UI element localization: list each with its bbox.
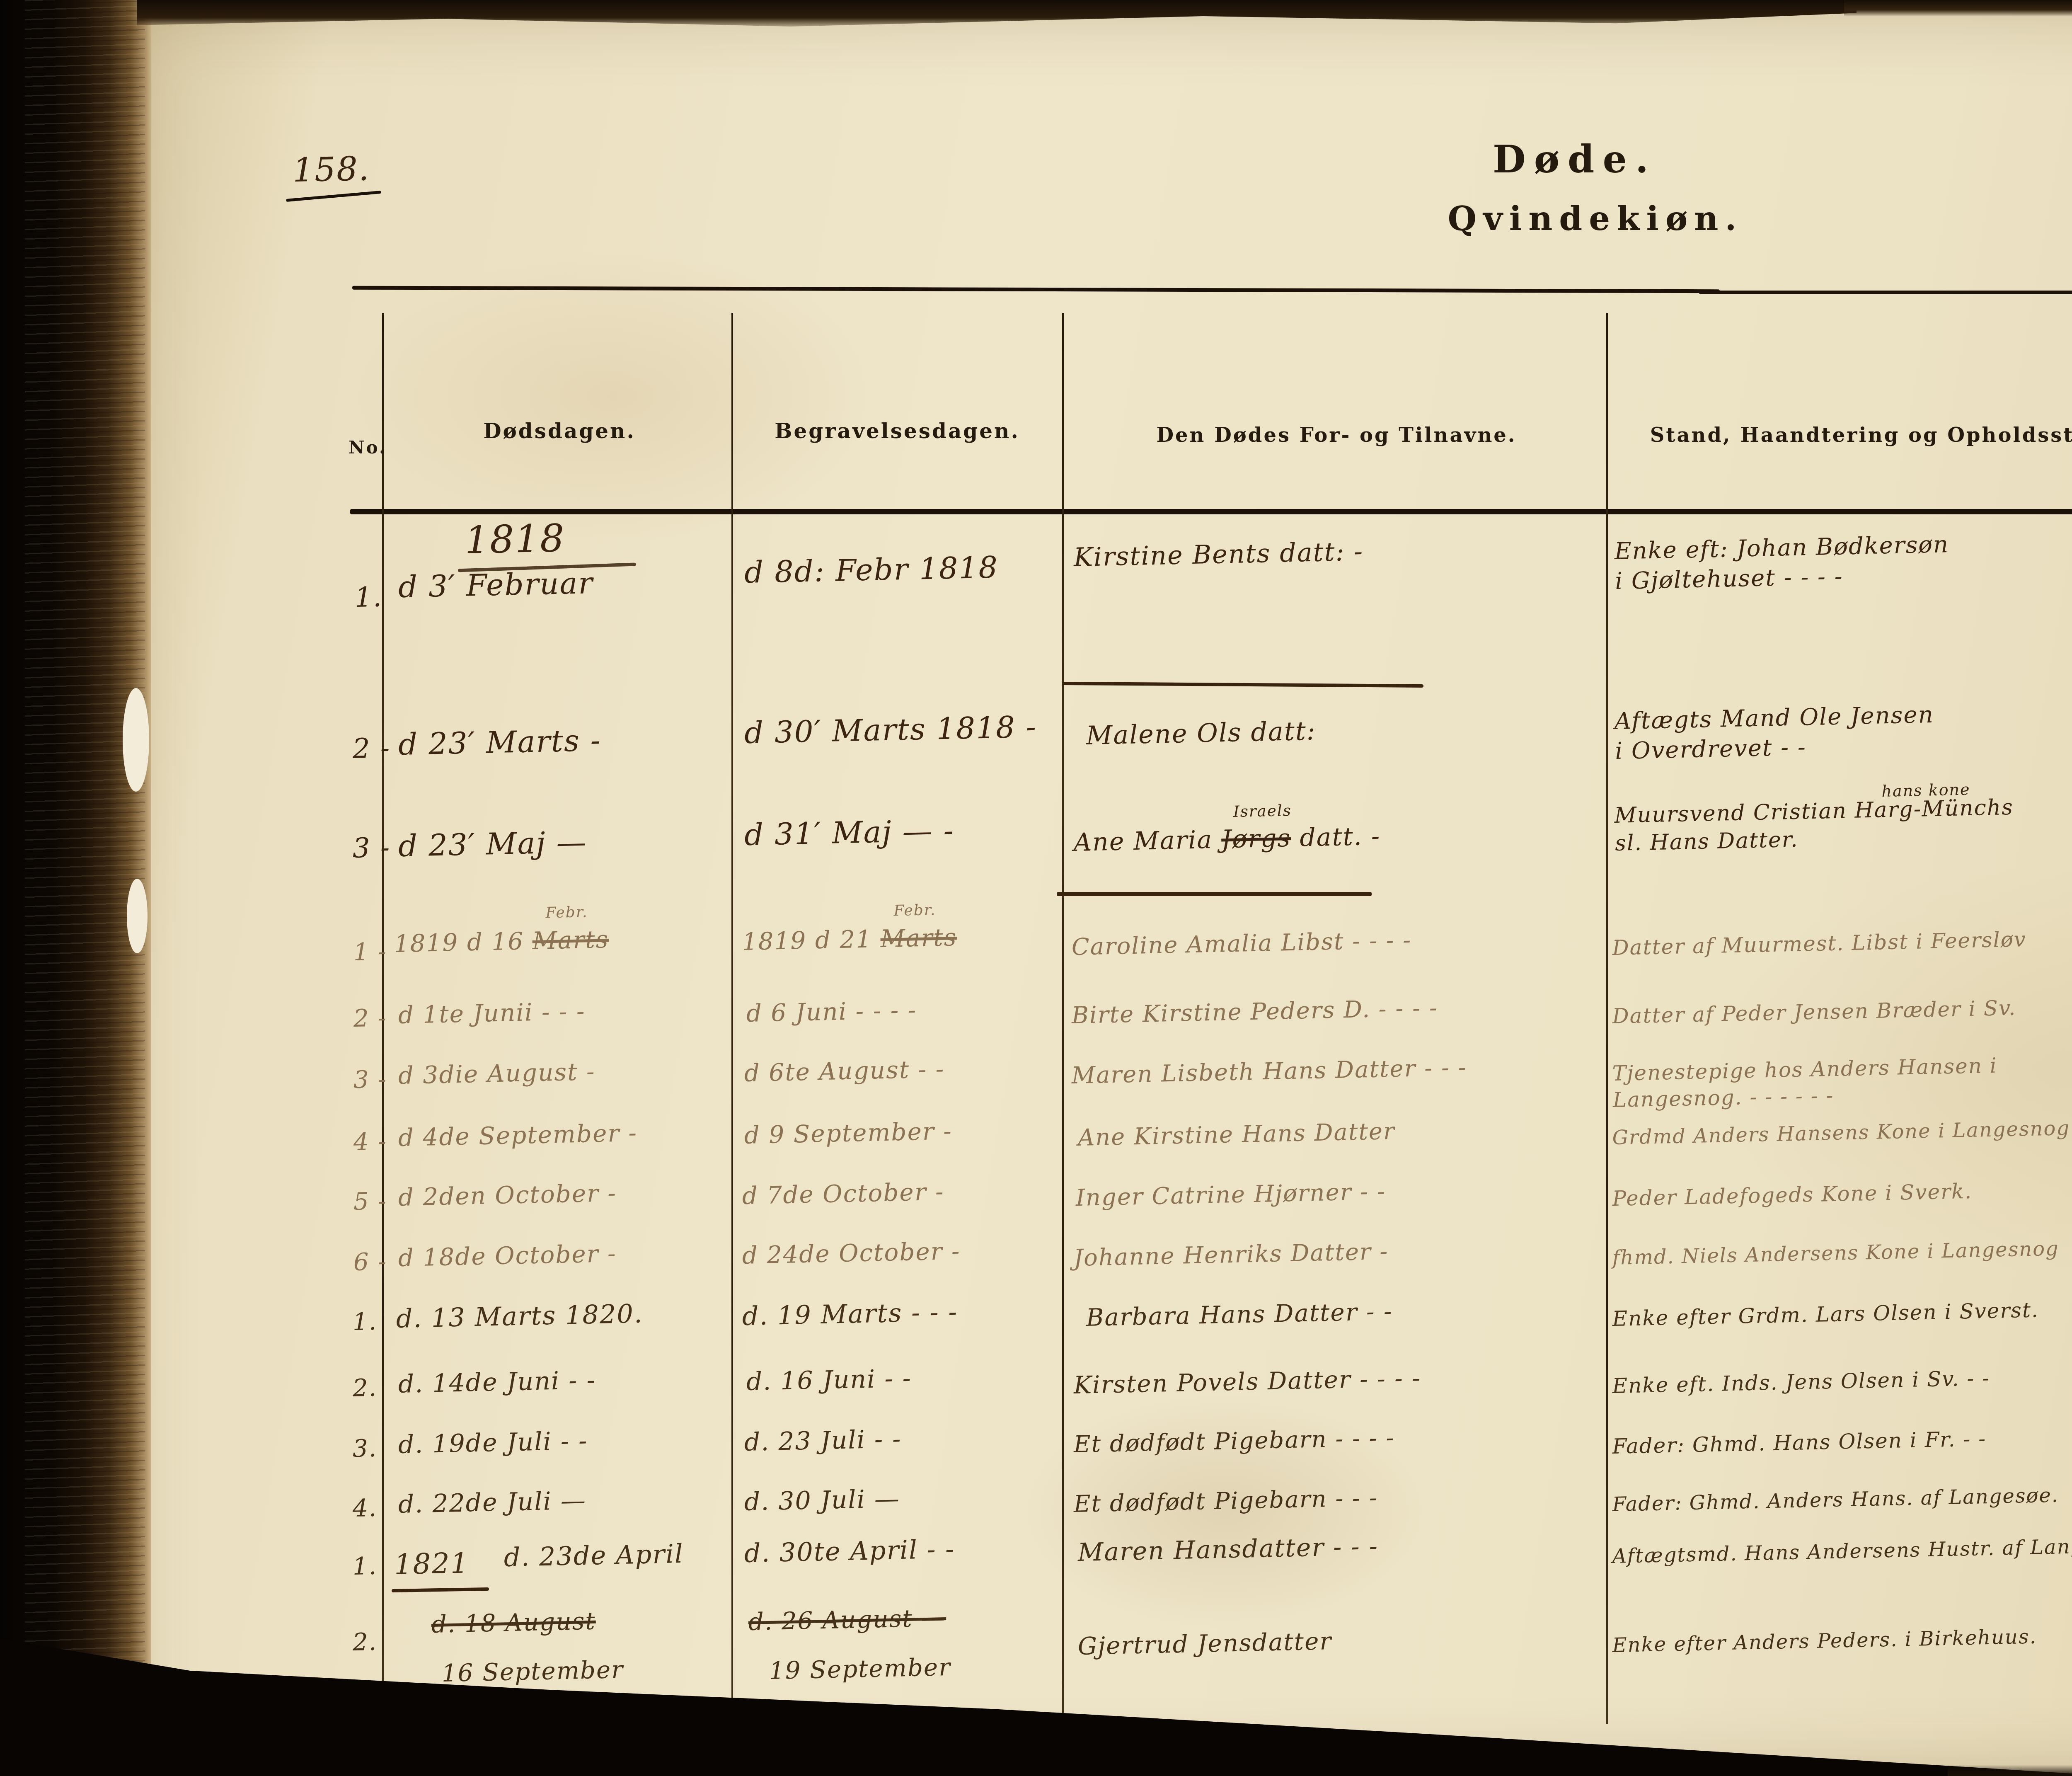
status-insertion: hans kone (1881, 780, 1970, 802)
death-date-struck: d. 18 August (431, 1606, 596, 1640)
row-no: 3. (352, 1433, 378, 1464)
burial-date: d 6te August - - (744, 1054, 945, 1088)
death-date: d 3′ Februar (398, 564, 594, 606)
year-label-1821: 1821 (394, 1545, 470, 1583)
burial-date: d 24de October - (742, 1236, 961, 1271)
row-no: 1 - (353, 936, 387, 967)
death-date: d 2den October - (398, 1178, 617, 1213)
column-line (1606, 313, 1608, 1724)
page-subtitle: Qvindekiøn. (1326, 199, 1865, 238)
row-no: 3 - (352, 830, 391, 866)
page-stack-texture (25, 0, 145, 1776)
death-date: d 18de October - (398, 1238, 617, 1273)
burial-date: d 8d: Febr 1818 (744, 548, 999, 591)
burial-date: 19 September (769, 1652, 951, 1686)
deceased-name: Et dødfødt Pigebarn - - - (1073, 1483, 1378, 1519)
deceased-name: Barbara Hans Datter - - (1086, 1296, 1393, 1333)
status-residence: Aftægts Mand Ole Jensen i Overdrevet - - (1614, 700, 1935, 766)
burial-date: d. 16 Juni - - (746, 1363, 912, 1398)
deceased-name: Kirstine Bents datt: - (1073, 535, 1364, 574)
death-date: d 23′ Maj — (398, 823, 588, 865)
death-date: d 3die August - (398, 1056, 595, 1091)
row-no: 1. (352, 1306, 378, 1337)
deceased-name: Ane Maria JørgsIsraels datt. - (1073, 820, 1381, 858)
deceased-name: Maren Hansdatter - - - (1077, 1531, 1379, 1569)
row-no: 4. (352, 1493, 378, 1524)
entry-rule (1057, 892, 1372, 896)
burial-date-struck: d. 26 August — (748, 1602, 946, 1637)
burial-date: d. 19 Marts - - - (742, 1295, 958, 1333)
page-number: 158. (292, 148, 370, 191)
burial-date: d. 30 Juli — (744, 1483, 900, 1518)
burial-date: d 6 Juni - - - - (746, 994, 917, 1029)
deceased-name: Malene Ols datt: (1086, 714, 1316, 752)
death-date: d. 14de Juni - - (398, 1364, 596, 1400)
col-header-status: Stand, Haandtering og Opholdssted. (1612, 424, 2072, 447)
burial-date: d. 23 Juli - - (744, 1423, 902, 1459)
row-no: 1. (354, 580, 383, 615)
year-label-1818: 1818 (464, 514, 566, 565)
header-bottom-rule (350, 509, 2072, 514)
death-date: 16 September (441, 1654, 624, 1689)
death-date: d 4de September - (398, 1117, 638, 1153)
church-record-book-photo: 3 4 1 2 1 2 158. Døde. Qvindekiøn. No. D… (0, 0, 2072, 1776)
row-no: 1. (352, 1551, 378, 1582)
col-header-death-day: Dødsdagen. (394, 419, 725, 443)
death-date: d. 13 Marts 1820. (396, 1297, 643, 1335)
burial-date: 1819 d 21 MartsFebr. (742, 922, 957, 957)
row-no: 2 - (352, 731, 391, 766)
bottom-edge-shadow (1948, 1765, 2072, 1776)
row-no: 3 - (353, 1064, 387, 1095)
row-no: 4 - (353, 1126, 387, 1157)
column-line (731, 313, 733, 1724)
row-no: 5 - (353, 1185, 387, 1217)
status-residence: Muursvend Cristian Harg-Münchs sl. Hans … (1614, 794, 2014, 857)
death-date: 1819 d 16 MartsFebr. (394, 924, 609, 959)
death-date: d 1te Junii - - - (398, 996, 586, 1031)
row-no: 2 - (353, 1002, 387, 1034)
status-residence: Tjenestepige hos Anders Hansen i Langesn… (1612, 1052, 1998, 1113)
deceased-name: Gjertrud Jensdatter (1077, 1626, 1332, 1662)
burial-date: d 7de October - (742, 1176, 944, 1211)
header-rule (1699, 291, 2072, 294)
column-line (1062, 313, 1064, 1724)
burial-date: d 30′ Marts 1818 - (744, 707, 1037, 752)
photo-top-edge (1844, 0, 2072, 17)
col-header-burial-day: Begravelsesdagen. (740, 419, 1055, 443)
burial-date: d. 30te April - - (744, 1532, 955, 1570)
burial-date: d 31′ Maj — - (744, 811, 955, 854)
page-title: Døde. (1368, 137, 1782, 182)
col-header-name: Den Dødes For- og Tilnavne. (1071, 424, 1602, 447)
row-no: 6 - (353, 1246, 387, 1277)
row-no: 2. (352, 1626, 378, 1657)
burial-date: d 9 September - (744, 1115, 952, 1151)
death-date: d. 19de Juli - - (398, 1425, 588, 1461)
paper-scrap (123, 688, 149, 792)
death-date: d. 23de April (503, 1537, 684, 1574)
death-date: d 23′ Marts - (398, 721, 602, 763)
col-header-no: No. (348, 437, 387, 458)
row-no: 2. (352, 1372, 378, 1403)
status-residence: Enke eft: Johan Bødkersøn i Gjøltehuset … (1614, 530, 1950, 596)
death-date: d. 22de Juli — (398, 1485, 587, 1520)
paper-scrap (127, 879, 148, 953)
